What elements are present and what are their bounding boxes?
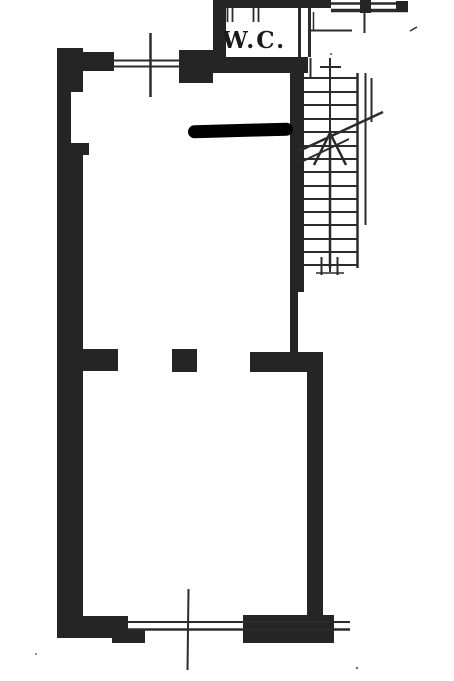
wc-room-label: W.C. — [221, 27, 286, 54]
window-bottom-mullion — [188, 589, 189, 670]
top-wall-left — [57, 52, 114, 71]
mid-wall-block — [172, 349, 197, 372]
railing-mid-post — [360, 0, 371, 13]
wc-top-wall — [213, 0, 331, 8]
stair-left-wall-thin — [290, 292, 298, 352]
interior-walls — [83, 349, 323, 618]
mid-wall-right — [250, 352, 323, 372]
window-icon-top — [113, 33, 180, 97]
stair-left-wall — [290, 73, 304, 292]
railing-end-post — [396, 1, 408, 12]
lower-room-right-wall — [307, 370, 323, 618]
floor-plan-sheet: W.C. — [0, 0, 454, 681]
floor-plan-canvas: W.C. — [0, 0, 454, 681]
marker-highlight — [188, 123, 293, 139]
bottom-wall-left-step — [112, 630, 145, 643]
stair-rails — [358, 73, 372, 268]
wc-fixture-ticks — [228, 8, 259, 22]
wc-bottom-wall — [195, 57, 308, 73]
left-wall-bump — [83, 143, 89, 155]
left-wall-notch — [71, 92, 83, 143]
pen-tick — [410, 27, 417, 31]
staircase-icon — [290, 58, 383, 352]
mid-wall-left-stub — [83, 349, 118, 371]
